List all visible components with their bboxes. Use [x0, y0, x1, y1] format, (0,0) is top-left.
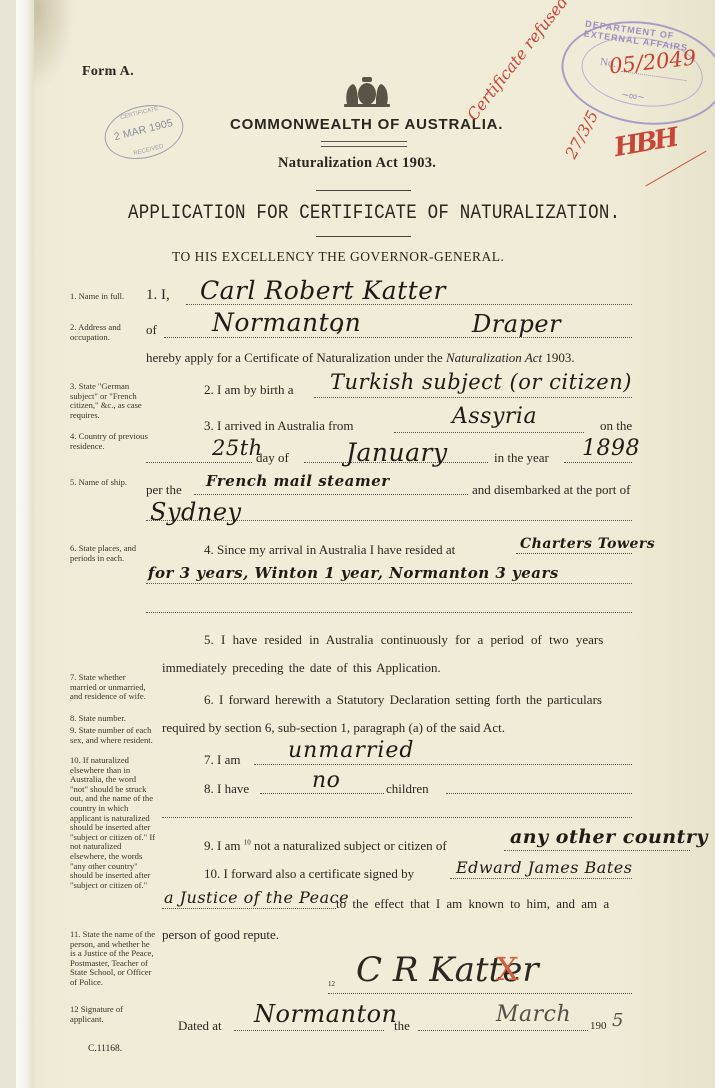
refusal-date: 27/3/5 [561, 107, 602, 161]
document-page: Form A. COMMONWEALTH OF AUSTRALIA. Natur… [16, 0, 715, 1088]
referee-role-line [162, 908, 336, 909]
ship-name: French mail steamer [206, 472, 390, 490]
margin-note-4: 4. Country of previous residence. [70, 432, 160, 451]
margin-note-6: 6. State places, and periods in each. [70, 544, 160, 563]
signature-line [328, 993, 632, 994]
act-heading: Naturalization Act 1903. [278, 155, 436, 172]
arrival-month: January [346, 438, 448, 467]
p10-end: person of good repute. [162, 927, 279, 943]
disembarked-text: and disembarked at the port of [472, 482, 630, 498]
margin-note-8: 8. State number. [70, 714, 160, 724]
margin-note-9: 9. State number of each sex, and where r… [70, 726, 154, 745]
referee-field-line [450, 878, 632, 879]
apply-act-year: 1903. [545, 350, 574, 365]
arrival-country: Assyria [452, 404, 537, 429]
marital-field-line [254, 764, 632, 765]
divider-rule [316, 236, 411, 237]
dated-month-line [418, 1030, 588, 1031]
margin-note-3: 3. State "German subject" or "French cit… [70, 382, 154, 420]
naturalized-country: any other country [510, 826, 708, 848]
p10-prefix: 10. I forward also a certificate signed … [204, 866, 414, 882]
p1-prefix: 1. I, [146, 287, 170, 304]
page-edge [16, 0, 34, 1088]
dated-month: March [496, 1002, 571, 1027]
coat-of-arms-icon [339, 74, 395, 110]
print-code: C.11168. [88, 1044, 122, 1054]
refusal-initials: HBH [612, 123, 678, 163]
residence-field-line-3 [146, 612, 632, 613]
margin-note-2: 2. Address and occupation. [70, 323, 142, 342]
p8-prefix: 8. I have [204, 781, 249, 797]
p5-line-1: 5. I have resided in Australia continuou… [204, 632, 603, 648]
year-digit: 5 [612, 1010, 624, 1031]
year-prefix: 190 [590, 1020, 607, 1032]
margin-note-10: 10. If naturalized elsewhere than in Aus… [70, 756, 156, 890]
commonwealth-heading: COMMONWEALTH OF AUSTRALIA. [230, 116, 503, 133]
in-the-year-label: in the year [494, 450, 549, 466]
children-count-line [260, 793, 384, 794]
application-title: APPLICATION FOR CERTIFICATE OF NATURALIZ… [128, 202, 620, 225]
p10-effect: to the effect that I am known to him, an… [336, 896, 609, 912]
per-the-label: per the [146, 482, 182, 498]
stamp-flourish-icon: ~∞~ [621, 87, 645, 104]
paper-stain [34, 0, 74, 90]
birth-nationality: Turkish subject (or citizen) [330, 370, 632, 394]
year-field-line [564, 462, 632, 463]
residence-2: for 3 years, Winton 1 year, Normanton 3 … [148, 564, 559, 582]
p9-text: not a naturalized subject or citizen of [254, 838, 447, 853]
p6-line-1: 6. I forward herewith a Statutory Declar… [204, 692, 602, 708]
dated-place-line [234, 1030, 384, 1031]
the-label: the [394, 1018, 410, 1034]
p9-i-am: 9. I am [204, 838, 240, 853]
arrival-year: 1898 [582, 436, 640, 461]
children-label: children [386, 781, 429, 797]
margin-note-7: 7. State whether married or unmarried, a… [70, 673, 150, 702]
address-comma: , [336, 308, 344, 337]
dated-at-label: Dated at [178, 1018, 222, 1034]
footnote-12: 12 [328, 980, 335, 988]
margin-note-11: 11. State the name of the person, and wh… [70, 930, 156, 988]
refusal-note: Certificate refused [463, 0, 572, 124]
children-detail-line [446, 793, 632, 794]
of-label: of [146, 322, 157, 338]
form-label: Form A. [82, 64, 134, 80]
address-field-line [164, 337, 632, 338]
country-field-line [504, 850, 690, 851]
apply-text: hereby apply for a Certificate of Natura… [146, 350, 575, 366]
p6-line-2: required by section 6, sub-section 1, pa… [162, 720, 505, 736]
addressee-line: TO HIS EXCELLENCY THE GOVERNOR-GENERAL. [172, 249, 504, 265]
divider-rule [316, 190, 411, 191]
apply-text-main: hereby apply for a Certificate of Natura… [146, 350, 443, 365]
signature-mark: X [496, 950, 519, 988]
p9-prefix: 9. I am 10 not a naturalized subject or … [204, 838, 447, 854]
day-field-line [146, 462, 252, 463]
from-field-line [394, 432, 584, 433]
p3-prefix: 3. I arrived in Australia from [204, 418, 353, 434]
stamp-bottom-text: RECEIVED [116, 140, 181, 162]
p4-prefix: 4. Since my arrival in Australia I have … [204, 542, 455, 558]
margin-note-12: 12 Signature of applicant. [70, 1005, 150, 1024]
received-stamp: CERTIFICATE 2 MAR 1905 RECEIVED [99, 97, 189, 167]
p7-prefix: 7. I am [204, 752, 240, 768]
ship-field-line [194, 494, 468, 495]
marital-status: unmarried [288, 738, 415, 763]
day-of-label: day of [256, 450, 289, 466]
on-the-label: on the [600, 418, 632, 434]
p5-line-2: immediately preceding the date of this A… [162, 660, 441, 676]
referee-name: Edward James Bates [456, 858, 632, 877]
port-name: Sydney [150, 498, 242, 526]
residence-1: Charters Towers [520, 536, 655, 552]
double-rule [321, 141, 407, 147]
birth-field-line [314, 397, 632, 398]
p2-prefix: 2. I am by birth a [204, 382, 294, 398]
dated-place: Normanton [254, 1000, 398, 1028]
residence-field-line-2 [146, 583, 632, 584]
referee-role: a Justice of the Peace [164, 888, 349, 907]
children-detail-line-2 [162, 817, 632, 818]
apply-act-name: Naturalization Act [446, 350, 542, 365]
applicant-name: Carl Robert Katter [200, 276, 446, 305]
applicant-occupation: Draper [472, 310, 561, 338]
residence-field-line-1 [516, 553, 632, 554]
footnote-10: 10 [244, 839, 251, 847]
children-count: no [312, 768, 340, 793]
